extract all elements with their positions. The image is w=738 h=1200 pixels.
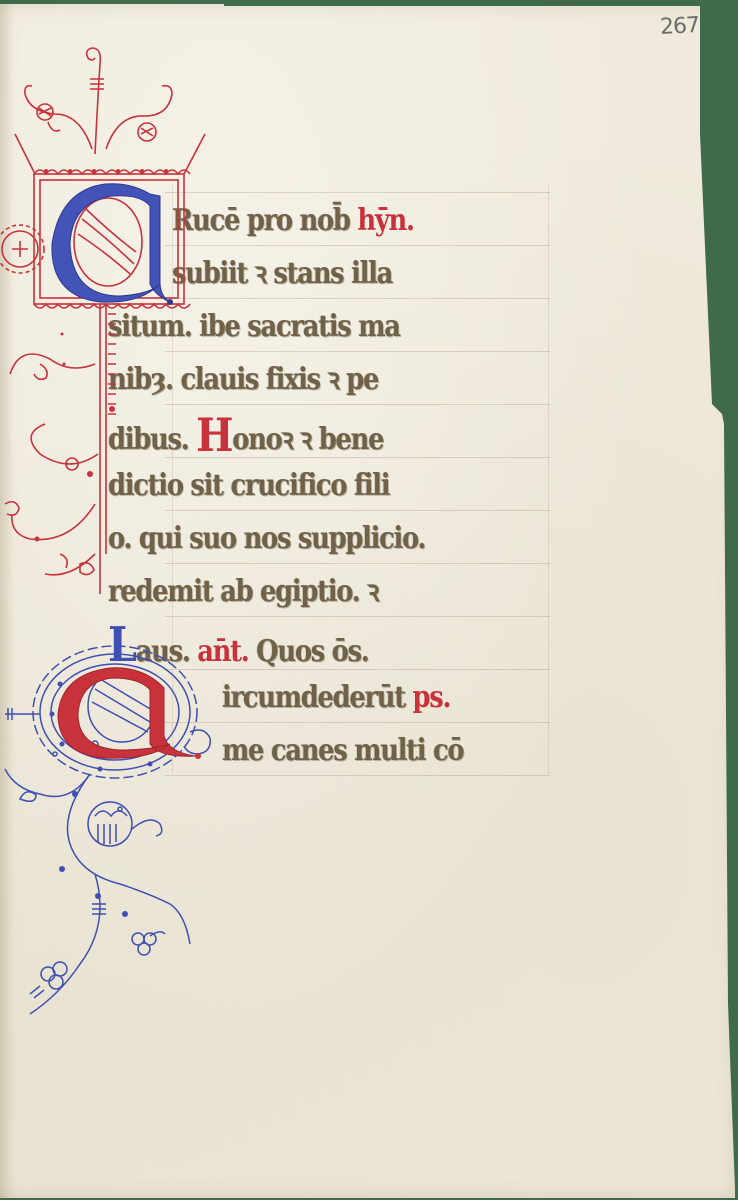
text-span: me canes multi cō — [222, 733, 463, 768]
illuminated-initial-bottom — [0, 644, 240, 1024]
text-span: ircumdederūt — [222, 680, 413, 715]
red-penwork-flourish-icon — [0, 34, 240, 604]
text-line-11: me canes multi cō — [222, 726, 549, 776]
text-span: onoꝛ ꝛ bene — [232, 422, 383, 457]
rubric-hymn: hȳ̄n. — [357, 203, 413, 238]
manuscript-leaf: 267 Rucē pro nob̄ hȳ̄n. subiit ꝛ stans i… — [0, 4, 735, 1198]
text-span: Quos ōs. — [248, 634, 368, 669]
folio-number: 267 — [659, 13, 699, 40]
text-line-10: ircumdederūt ps. — [222, 673, 549, 723]
rubric-psalm: ps. — [413, 680, 451, 715]
illuminated-initial-top — [0, 34, 240, 604]
blue-penwork-flourish-icon — [0, 644, 240, 1024]
